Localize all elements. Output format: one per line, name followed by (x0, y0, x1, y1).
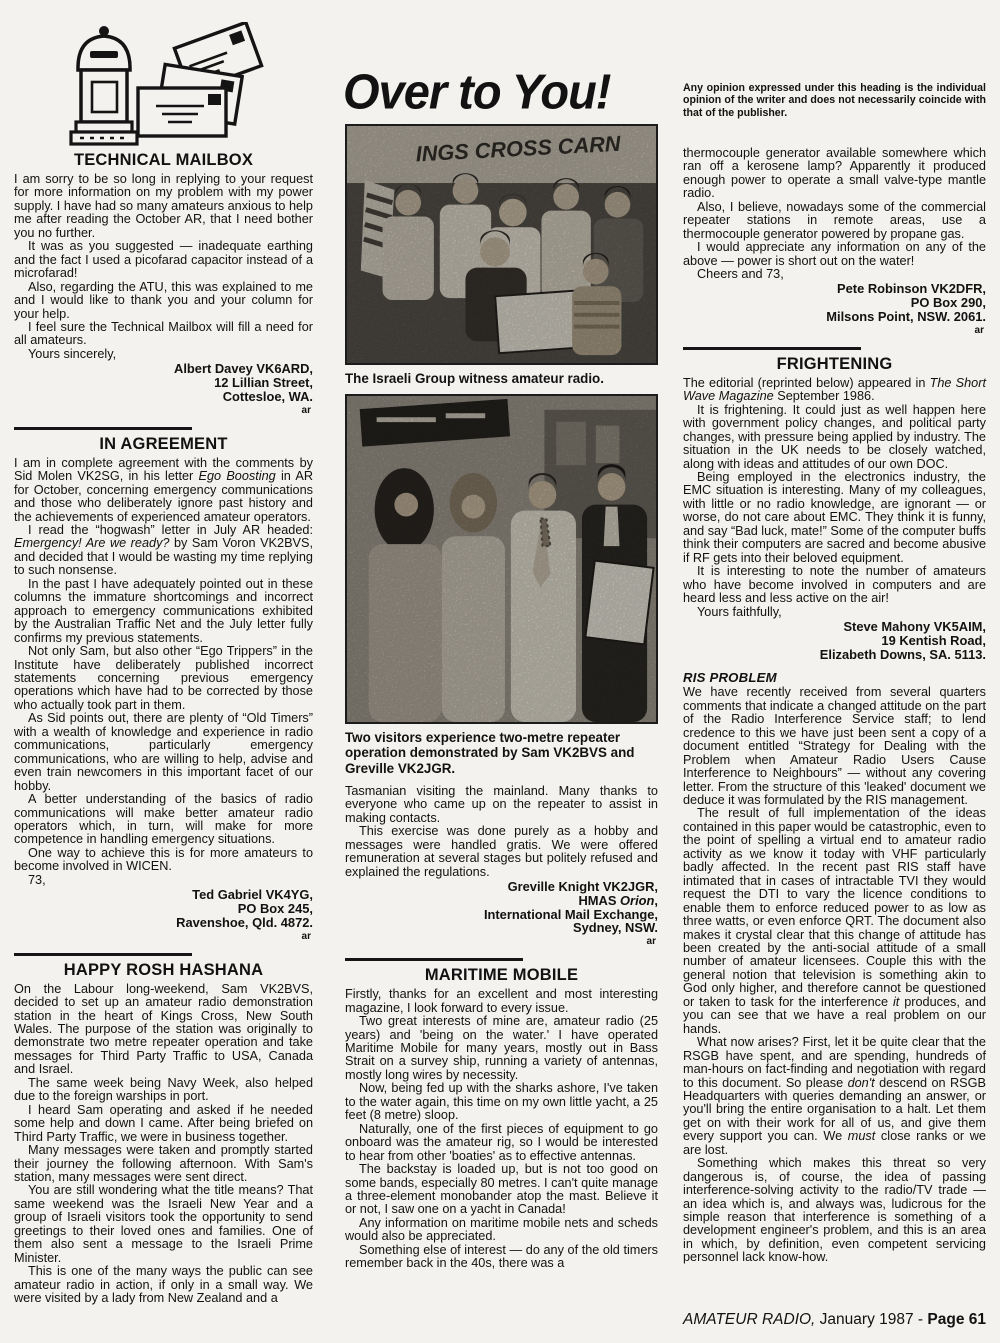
section-heading: MARITIME MOBILE (345, 966, 658, 984)
signature-line: Pete Robinson VK2DFR, (683, 282, 986, 296)
section-rule (14, 427, 192, 430)
photo-two-visitors-art (347, 396, 656, 722)
paragraph: One way to achieve this is for more amat… (14, 847, 313, 874)
paragraph: I am sorry to be so long in replying to … (14, 173, 313, 240)
photo-caption: Two visitors experience two-metre repeat… (345, 730, 658, 776)
paragraph: Tasmanian visiting the mainland. Many th… (345, 785, 658, 825)
signature-line: Cottesloe, WA. (14, 390, 313, 404)
paragraph: Yours faithfully, (683, 606, 986, 619)
paragraph: As Sid points out, there are plenty of “… (14, 712, 313, 793)
paragraph: It is interesting to note the number of … (683, 565, 986, 605)
column-left: TECHNICAL MAILBOXI am sorry to be so lon… (14, 148, 313, 1306)
signature-line: Sydney, NSW. (345, 921, 658, 935)
signature-line: Elizabeth Downs, SA. 5113. (683, 648, 986, 662)
paragraph: The result of full implementation of the… (683, 807, 986, 1036)
signature-line: Milsons Point, NSW. 2061. (683, 310, 986, 324)
envelopes-icon (138, 22, 262, 136)
paragraph: This exercise was done purely as a hobby… (345, 825, 658, 879)
end-mark: ar (683, 325, 984, 336)
end-mark: ar (14, 931, 311, 942)
footer-journal: AMATEUR RADIO, (683, 1311, 815, 1328)
signature-line: Greville Knight VK2JGR, (345, 880, 658, 894)
paragraph: Firstly, thanks for an excellent and mos… (345, 988, 658, 1015)
paragraph: Not only Sam, but also other “Ego Trippe… (14, 645, 313, 712)
signature-block: Steve Mahony VK5AIM,19 Kentish Road,Eliz… (683, 620, 986, 661)
paragraph: 73, (14, 874, 313, 887)
paragraph: Two great interests of mine are, amateur… (345, 1015, 658, 1082)
paragraph: Now, being fed up with the sharks ashore… (345, 1082, 658, 1122)
editorial-disclaimer: Any opinion expressed under this heading… (683, 82, 986, 119)
signature-block: Albert Davey VK6ARD,12 Lillian Street,Co… (14, 362, 313, 403)
signature-line: 12 Lillian Street, (14, 376, 313, 390)
photo-caption: The Israeli Group witness amateur radio. (345, 371, 658, 386)
paragraph: Naturally, one of the first pieces of eq… (345, 1123, 658, 1163)
section-heading: TECHNICAL MAILBOX (14, 151, 313, 169)
paragraph: Something else of interest — do any of t… (345, 1244, 658, 1271)
paragraph: The same week being Navy Week, also help… (14, 1077, 313, 1104)
paragraph: This is one of the many ways the public … (14, 1265, 313, 1305)
signature-block: Pete Robinson VK2DFR,PO Box 290,Milsons … (683, 282, 986, 323)
photo-israeli-group: INGS CROSS CARN (345, 124, 658, 365)
signature-line: HMAS Orion, (345, 894, 658, 908)
paragraph: I heard Sam operating and asked if he ne… (14, 1104, 313, 1144)
photo-israeli-group-art: INGS CROSS CARN (347, 126, 656, 363)
paragraph: I am in complete agreement with the comm… (14, 457, 313, 524)
signature-line: Albert Davey VK6ARD, (14, 362, 313, 376)
paragraph: In the past I have adequately pointed ou… (14, 578, 313, 645)
paragraph: Any information on maritime mobile nets … (345, 1217, 658, 1244)
signature-line: PO Box 245, (14, 902, 313, 916)
paragraph: Cheers and 73, (683, 268, 986, 281)
paragraph: Also, regarding the ATU, this was explai… (14, 281, 313, 321)
paragraph: It was as you suggested — inadequate ear… (14, 240, 313, 280)
paragraph: The backstay is loaded up, but is not to… (345, 1163, 658, 1217)
paragraph: What now arises? First, let it be quite … (683, 1036, 986, 1157)
page-footer: AMATEUR RADIO, January 1987 - Page 61 (683, 1311, 986, 1329)
section-rule (14, 953, 192, 956)
paragraph: Yours sincerely, (14, 348, 313, 361)
paragraph: It is frightening. It could just as well… (683, 404, 986, 471)
signature-line: Ravenshoe, Qld. 4872. (14, 916, 313, 930)
section-rule (683, 347, 861, 350)
signature-line: Steve Mahony VK5AIM, (683, 620, 986, 634)
paragraph: thermocouple generator available somewhe… (683, 147, 986, 201)
signature-line: PO Box 290, (683, 296, 986, 310)
paragraph: A better understanding of the basics of … (14, 793, 313, 847)
paragraph: We have recently received from several q… (683, 686, 986, 807)
paragraph: The editorial (reprinted below) appeared… (683, 377, 986, 404)
column-right: Any opinion expressed under this heading… (683, 82, 986, 1265)
paragraph: I would appreciate any information on an… (683, 241, 986, 268)
column-middle: INGS CROSS CARN (345, 124, 658, 1271)
paragraph: Something which makes this threat so ver… (683, 1157, 986, 1265)
section-heading: HAPPY ROSH HASHANA (14, 961, 313, 979)
magazine-page: Over to You! TECHNICAL MAILBOXI am sorry… (0, 0, 1000, 1343)
signature-line: International Mail Exchange, (345, 908, 658, 922)
header-clipart (38, 22, 278, 152)
section-rule (345, 958, 523, 961)
paragraph: Also, I believe, nowadays some of the co… (683, 201, 986, 241)
section-heading: RIS PROBLEM (683, 670, 986, 685)
footer-page-number: Page 61 (927, 1311, 986, 1328)
paragraph: Being employed in the electronics indust… (683, 471, 986, 565)
signature-line: 19 Kentish Road, (683, 634, 986, 648)
clipart-canvas (38, 22, 278, 152)
end-mark: ar (345, 936, 656, 947)
paragraph: On the Labour long-weekend, Sam VK2BVS, … (14, 983, 313, 1077)
end-mark: ar (14, 405, 311, 416)
signature-block: Greville Knight VK2JGR,HMAS Orion,Intern… (345, 880, 658, 935)
paragraph: You are still wondering what the title m… (14, 1184, 313, 1265)
page-title: Over to You! (343, 63, 663, 120)
footer-date: January 1987 - (815, 1311, 927, 1328)
section-heading: IN AGREEMENT (14, 435, 313, 453)
paragraph: I feel sure the Technical Mailbox will f… (14, 321, 313, 348)
signature-line: Ted Gabriel VK4YG, (14, 888, 313, 902)
mailbox-icon (71, 26, 137, 144)
paragraph: Many messages were taken and promptly st… (14, 1144, 313, 1184)
photo-two-visitors (345, 394, 658, 724)
paragraph: I read the “hogwash” letter in July AR h… (14, 524, 313, 578)
section-heading: FRIGHTENING (683, 355, 986, 373)
signature-block: Ted Gabriel VK4YG,PO Box 245,Ravenshoe, … (14, 888, 313, 929)
